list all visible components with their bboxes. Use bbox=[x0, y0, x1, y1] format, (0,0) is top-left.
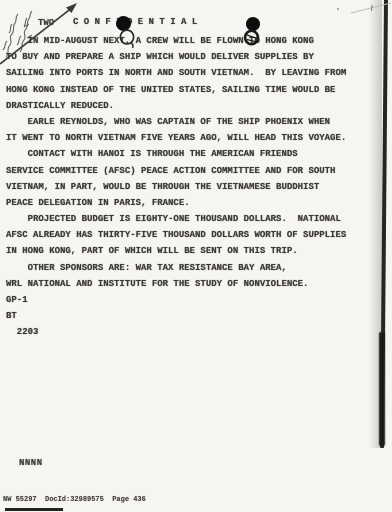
wire-slug-line: GP-1 bbox=[6, 292, 376, 308]
typed-line: VIETNAM, IN PART, WOULD BE THROUGH THE V… bbox=[6, 179, 376, 195]
page-edge-rough-patch bbox=[379, 332, 385, 446]
typed-line: SAILING INTO PORTS IN NORTH AND SOUTH VI… bbox=[6, 65, 376, 81]
typed-line: SERVICE COMMITTEE (AFSC) PEACE ACTION CO… bbox=[6, 163, 376, 179]
hole-punch-icon bbox=[246, 17, 260, 31]
archive-footer: NW 55297 DocId:32989575 Page 436 bbox=[3, 496, 146, 504]
typed-line: DRASTICALLY REDUCED. bbox=[6, 98, 376, 114]
typed-line: IN HONG KONG, PART OF WHICH WILL BE SENT… bbox=[6, 243, 376, 259]
typed-body: IN MID-AUGUST NEXT, A CREW WILL BE FLOWN… bbox=[6, 33, 376, 341]
footer-scan-bar bbox=[5, 508, 63, 511]
wire-bt-line: BT bbox=[6, 308, 376, 324]
typed-line: AFSC ALREADY HAS THIRTY-FIVE THOUSAND DO… bbox=[6, 227, 376, 243]
typed-line: PROJECTED BUDGET IS EIGHTY-ONE THOUSAND … bbox=[6, 211, 376, 227]
typed-line: IN MID-AUGUST NEXT, A CREW WILL BE FLOWN… bbox=[6, 33, 376, 49]
telegram-end-marker: NNNN bbox=[19, 458, 43, 468]
hole-punch-icon bbox=[116, 16, 131, 31]
typed-line: TO BUY AND PREPARE A SHIP WHICH WOULD DE… bbox=[6, 49, 376, 65]
typed-line: IT WENT TO NORTH VIETNAM FIVE YEARS AGO,… bbox=[6, 130, 376, 146]
typed-line: EARLE REYNOLDS, WHO WAS CAPTAIN OF THE S… bbox=[6, 114, 376, 130]
typed-line: OTHER SPONSORS ARE: WAR TAX RESISTANCE B… bbox=[6, 260, 376, 276]
typed-line: HONG KONG INSTEAD OF THE UNITED STATES, … bbox=[6, 82, 376, 98]
page-number-label: TWO bbox=[38, 18, 54, 28]
classification-stamp: C O N F I D E N T I A L bbox=[73, 17, 197, 27]
typed-line: WRL NATIONAL AND INSTITUTE FOR THE STUDY… bbox=[6, 276, 376, 292]
typed-line: CONTACT WITH HANOI IS THROUGH THE AMERIC… bbox=[6, 146, 376, 162]
scanned-document-page: TWO C O N F I D E N T I A L IN MID-AUGUS… bbox=[0, 0, 392, 512]
typed-line: PEACE DELEGATION IN PARIS, FRANCE. bbox=[6, 195, 376, 211]
wire-time-line: 2203 bbox=[6, 324, 376, 340]
